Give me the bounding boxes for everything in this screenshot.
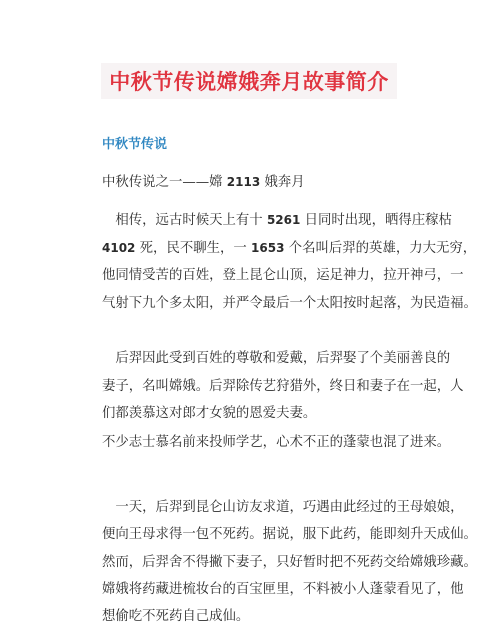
subtitle-line: 中秋传说之一——嫦 2113 娥奔月: [102, 172, 305, 193]
paragraph-2-line-2: 妻子，名叫嫦娥。后羿除传艺狩猎外，终日和妻子在一起，人: [102, 377, 464, 397]
paragraph-4-line-2: 便向王母求得一包不死药。据说，服下此药，能即刻升天成仙。: [102, 525, 477, 545]
text-run: 个名叫后羿的英雄，力大无穷，: [284, 241, 476, 256]
paragraph-4-line-3: 然而，后羿舍不得撇下妻子，只好暂时把不死药交给嫦娥珍藏。: [102, 553, 477, 573]
document-page: 中秋节传说嫦娥奔月故事简介 中秋节传说 中秋传说之一——嫦 2113 娥奔月 相…: [0, 0, 500, 637]
paragraph-2-line-3: 们都羡慕这对郎才女貌的恩爱夫妻。: [102, 404, 316, 424]
number-run: 1653: [251, 241, 284, 255]
subtitle-suffix: 娥奔月: [260, 175, 304, 190]
subtitle-prefix: 中秋传说之一——嫦: [102, 175, 227, 190]
text-run: 相传，远古时候天上有十: [102, 213, 267, 228]
paragraph-1-line-1: 相传，远古时候天上有十 5261 日同时出现，晒得庄稼枯: [102, 210, 452, 231]
paragraph-2-line-1: 后羿因此受到百姓的尊敬和爱戴，后羿娶了个美丽善良的: [102, 349, 450, 369]
paragraph-4-line-1: 一天，后羿到昆仑山访友求道，巧遇由此经过的王母娘娘，: [102, 498, 464, 518]
subtitle-number: 2113: [227, 175, 260, 189]
number-run: 5261: [267, 213, 300, 227]
text-run: 日同时出现，晒得庄稼枯: [300, 213, 452, 228]
paragraph-1-line-2: 4102 死，民不聊生，一 1653 个名叫后羿的英雄，力大无穷，: [102, 238, 476, 259]
paragraph-4-line-4: 嫦娥将药藏进梳妆台的百宝匣里，不料被小人蓬蒙看见了，他: [102, 580, 464, 600]
number-run: 4102: [102, 241, 135, 255]
paragraph-1-line-3: 他同情受苦的百姓，登上昆仑山顶，运足神力，拉开神弓，一: [102, 266, 464, 286]
paragraph-1-line-4: 气射下九个多太阳，并严令最后一个太阳按时起落，为民造福。: [102, 294, 477, 314]
text-run: 死，民不聊生，一: [135, 241, 251, 256]
section-heading: 中秋节传说: [102, 133, 167, 152]
paragraph-4-line-5: 想偷吃不死药自己成仙。: [102, 607, 249, 627]
title-banner: 中秋节传说嫦娥奔月故事简介: [101, 63, 397, 99]
document-title: 中秋节传说嫦娥奔月故事简介: [109, 66, 389, 96]
paragraph-3-line-1: 不少志士慕名前来投师学艺，心术不正的蓬蒙也混了进来。: [102, 433, 450, 453]
